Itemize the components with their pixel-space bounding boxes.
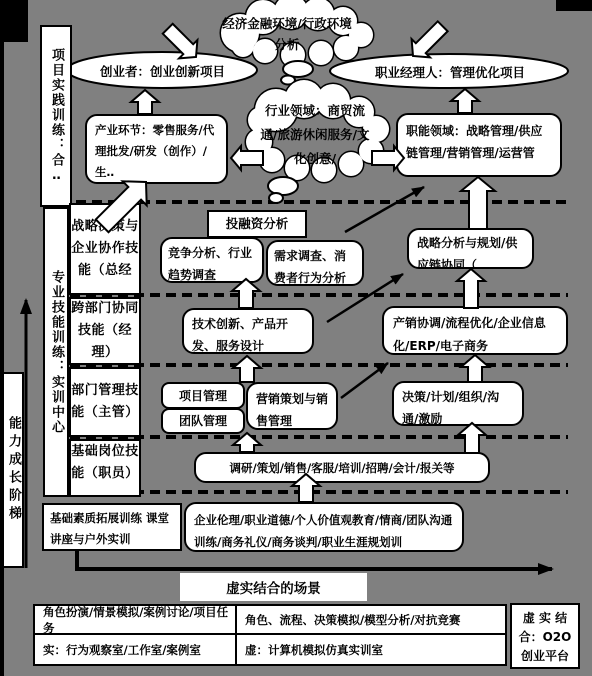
table-cell-r1c2: 角色、流程、决策模拟/模型分析/对抗竞赛 bbox=[237, 606, 505, 635]
cell-text: 实：行为观察室/工作室/案例室 bbox=[43, 642, 201, 658]
demand-survey-box: 需求调查、消费者行为分析 bbox=[266, 240, 364, 286]
skill-level-strategy-box: 战略决策与企业协作技能（总经 bbox=[69, 203, 141, 295]
strategy-planning-label: 战略分析与规划/供应链协同（ bbox=[417, 236, 517, 269]
skill-level-basic-box: 基础岗位技能（职员） bbox=[69, 439, 141, 497]
team-management-box: 团队管理 bbox=[161, 408, 245, 434]
entrepreneur-label: 创业者：创业创新项目 bbox=[70, 62, 255, 80]
table-cell-r2c2: 虚：计算机模拟仿真实训室 bbox=[237, 635, 505, 664]
merged-line-2: 合：O2O bbox=[512, 628, 578, 647]
financing-analysis-box: 投融资分析 bbox=[207, 210, 307, 238]
skill-level-crossdept-label: 跨部门协同技能（经理） bbox=[71, 298, 139, 364]
industry-link-label: 产业环节：零售服务/代理批发/研发（创作）/生‥ bbox=[95, 123, 214, 179]
tech-innovation-box: 技术创新、产品开发、服务设计 bbox=[182, 308, 314, 354]
stage-skill-training-label: 专业技能训练：实训中心 bbox=[45, 270, 67, 435]
marketing-sales-box: 营销策划与销售管理 bbox=[246, 382, 338, 430]
competition-analysis-box: 竞争分析、行业趋势调查 bbox=[160, 237, 264, 283]
ethics-training-box: 企业伦理/职业道德/个人价值观教育/情商/团队沟通训练/商务礼仪/商务谈判/职业… bbox=[184, 502, 464, 552]
stage-skill-training-bar: 专业技能训练：实训中心 bbox=[43, 207, 69, 497]
skill-level-strategy-label: 战略决策与企业协作技能（总经 bbox=[71, 216, 139, 282]
project-management-box: 项目管理 bbox=[161, 382, 245, 409]
sector-cloud-label: 行业领域：商贸流通/旅游休闲服务/文化创意/ bbox=[258, 99, 372, 171]
ability-axis-label: 能力成长阶梯 bbox=[2, 416, 24, 524]
coordination-label: 产销协调/流程优化/企业信息化/ERP/电子商务 bbox=[393, 316, 546, 353]
coordination-box: 产销协调/流程优化/企业信息化/ERP/电子商务 bbox=[382, 306, 568, 355]
industry-link-box: 产业环节：零售服务/代理批发/研发（创作）/生‥ bbox=[85, 114, 228, 184]
decision-box: 决策/计划/组织/沟通/激励 bbox=[392, 381, 524, 426]
table-cell-r2c1: 实：行为观察室/工作室/案例室 bbox=[35, 635, 237, 664]
ability-axis-bar: 能力成长阶梯 bbox=[2, 372, 24, 568]
table-cell-r1c1: 角色扮演/情景模拟/案例讨论/项目任务 bbox=[35, 606, 237, 635]
table-merged-cell: 虚 实 结 合：O2O 创业平台 bbox=[510, 603, 580, 669]
function-domain-label: 职能领域：战略管理/供应链管理/营销管理/运营管 bbox=[406, 124, 542, 160]
env-cloud-label: 经济金融环境/行政环境分析 bbox=[222, 13, 352, 55]
skill-level-department-label: 部门管理技能（主管） bbox=[71, 380, 139, 424]
team-management-label: 团队管理 bbox=[179, 410, 227, 432]
stage-project-training-bar: 项目实践训练：合‥ bbox=[40, 25, 72, 207]
operations-jobs-label: 调研/策划/销售/客服/培训/招聘/会计/报关等 bbox=[230, 457, 455, 479]
cell-text: 虚：计算机模拟仿真实训室 bbox=[245, 642, 383, 658]
financing-analysis-label: 投融资分析 bbox=[226, 213, 289, 235]
operations-jobs-box: 调研/策划/销售/客服/培训/招聘/会计/报关等 bbox=[194, 452, 490, 483]
project-management-label: 项目管理 bbox=[179, 385, 227, 407]
competition-analysis-label: 竞争分析、行业趋势调查 bbox=[168, 246, 252, 282]
strategy-planning-box: 战略分析与规划/供应链协同（ bbox=[407, 228, 534, 269]
merged-line-1: 虚 实 结 bbox=[512, 609, 578, 628]
cell-text: 角色扮演/情景模拟/案例讨论/项目任务 bbox=[43, 606, 235, 635]
ethics-training-label: 企业伦理/职业道德/个人价值观教育/情商/团队沟通训练/商务礼仪/商务谈判/职业… bbox=[194, 513, 452, 549]
skill-level-department-box: 部门管理技能（主管） bbox=[69, 367, 141, 437]
scene-label-box: 虚实结合的场景 bbox=[180, 573, 367, 601]
merged-line-3: 创业平台 bbox=[512, 647, 578, 666]
skill-level-crossdept-box: 跨部门协同技能（经理） bbox=[69, 297, 141, 365]
scene-table: 角色扮演/情景模拟/案例讨论/项目任务 角色、流程、决策模拟/模型分析/对抗竞赛… bbox=[33, 604, 507, 666]
stage-project-training-label: 项目实践训练：合‥ bbox=[45, 48, 67, 185]
tech-innovation-label: 技术创新、产品开发、服务设计 bbox=[192, 317, 288, 353]
scene-label: 虚实结合的场景 bbox=[226, 577, 321, 597]
basic-quality-box: 基础素质拓展训练 课堂讲座与户外实训 bbox=[42, 503, 182, 551]
function-domain-box: 职能领域：战略管理/供应链管理/营销管理/运营管 bbox=[396, 113, 562, 177]
demand-survey-label: 需求调查、消费者行为分析 bbox=[274, 249, 346, 285]
basic-quality-label: 基础素质拓展训练 课堂讲座与户外实训 bbox=[50, 511, 169, 546]
decision-label: 决策/计划/组织/沟通/激励 bbox=[402, 390, 499, 426]
thought-bubble-mid-large bbox=[268, 177, 298, 195]
skill-level-basic-label: 基础岗位技能（职员） bbox=[71, 441, 139, 485]
cell-text: 角色、流程、决策模拟/模型分析/对抗竞赛 bbox=[245, 612, 460, 628]
thought-bubble-mid-small bbox=[269, 193, 283, 203]
manager-label: 职业经理人：管理优化项目 bbox=[335, 63, 565, 81]
ability-growth-diagram: 项目实践训练：合‥ 专业技能训练：实训中心 能力成长阶梯 战略决策与企业协作技能… bbox=[0, 0, 592, 676]
marketing-sales-label: 营销策划与销售管理 bbox=[256, 392, 328, 428]
